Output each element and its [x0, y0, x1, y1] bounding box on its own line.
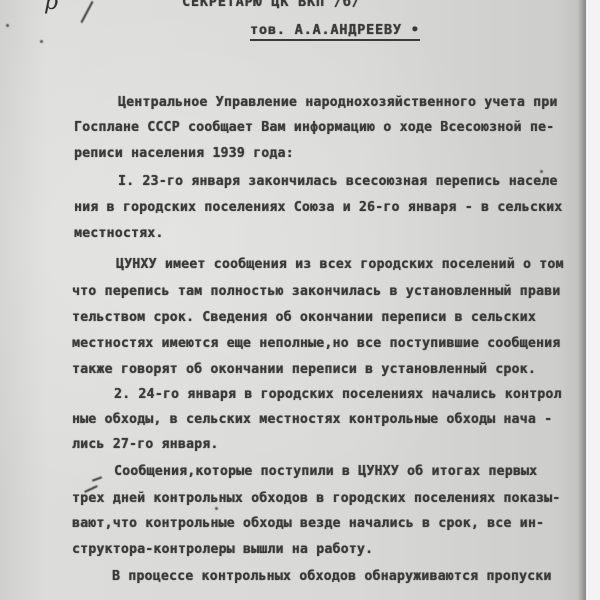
body-line: лись 27-го января.: [72, 437, 219, 452]
handwritten-correction-mark: [92, 476, 102, 481]
body-line: Госплане СССР сообщает Вам информацию о …: [74, 120, 554, 135]
body-line: вают,что контрольные обходы везде начали…: [72, 516, 544, 531]
body-line: I. 23-го января закончилась всесоюзная п…: [118, 174, 558, 189]
scan-speck: [540, 170, 543, 173]
body-line: местностях.: [74, 226, 164, 241]
addressee-name: тов. А.А.АНДРЕЕВУ •: [250, 22, 420, 41]
body-line: В процессе контрольных обходов обнаружив…: [112, 569, 552, 584]
scan-speck: [40, 40, 43, 43]
body-line: также говорят об окончании переписи в ус…: [72, 362, 536, 377]
body-line: структора-контролеры вышли на работу.: [72, 542, 373, 557]
body-line: местностях имеются еще неполные,но все п…: [72, 336, 560, 351]
page-edge-shadow: [578, 0, 586, 600]
body-line: трех дней контрольных обходов в городски…: [72, 491, 560, 506]
scan-speck: [6, 24, 9, 27]
scanned-document-page: р СЕКРЕТАРЮ ЦК ВКП /б/ тов. А.А.АНДРЕЕВУ…: [0, 0, 588, 600]
body-line: реписи населения 1939 года:: [74, 146, 294, 161]
body-line: Центральное Управление народнохозяйствен…: [118, 95, 558, 110]
body-line: что перепись там полностью закончилась в…: [72, 284, 560, 299]
addressee-title: СЕКРЕТАРЮ ЦК ВКП /б/: [182, 0, 361, 10]
body-line: тельством срок. Сведения об окончании пе…: [72, 310, 536, 325]
body-line: ные обходы, в сельских местностях контро…: [72, 412, 552, 427]
body-line: 2. 24-го января в городских поселениях н…: [114, 387, 562, 402]
scan-speck: [215, 507, 218, 510]
handwritten-stroke: [80, 1, 93, 23]
body-line: Сообщения,которые поступили в ЦУНХУ об и…: [114, 464, 537, 479]
handwritten-mark: р: [44, 0, 58, 15]
scan-border: [586, 0, 600, 600]
body-line: ния в городских поселениях Союза и 26-го…: [74, 200, 562, 215]
body-line: ЦУНХУ имеет сообщения из всех городских …: [116, 257, 564, 272]
